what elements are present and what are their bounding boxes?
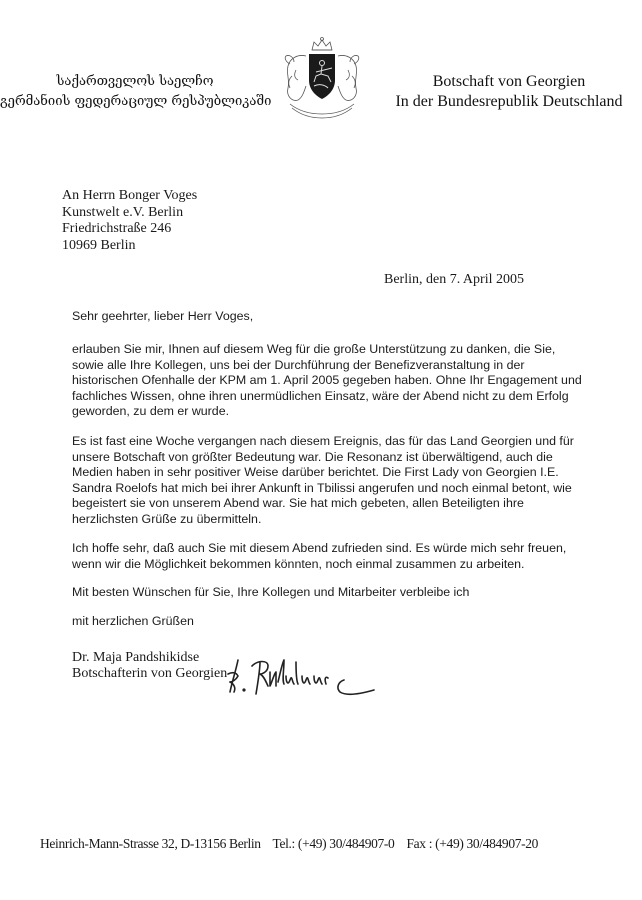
paragraph-line: geworden, zu dem er wurde. — [72, 404, 632, 420]
paragraph-line: unsere Botschaft von größter Bedeutung w… — [72, 450, 632, 466]
closing-text: mit herzlichen Grüßen — [72, 614, 632, 630]
paragraph-line: Ich hoffe sehr, daß auch Sie mit diesem … — [72, 541, 632, 557]
paragraph-3: Ich hoffe sehr, daß auch Sie mit diesem … — [72, 541, 632, 572]
coat-of-arms-icon — [276, 36, 368, 120]
paragraph-line: begeistert sie von unserem Abend war. Si… — [72, 496, 632, 512]
letterhead-german-line2: In der Bundesrepublik Deutschland — [384, 92, 634, 112]
letter-date: Berlin, den 7. April 2005 — [384, 272, 524, 288]
footer-contact: Heinrich-Mann-Strasse 32, D-13156 Berlin… — [40, 836, 547, 852]
paragraph-line: wenn wir die Möglichkeit bekommen könnte… — [72, 557, 632, 573]
footer-fax: Fax : (+49) 30/484907-20 — [407, 836, 539, 851]
salutation: Sehr geehrter, lieber Herr Voges, — [72, 309, 632, 325]
paragraph-line: Mit besten Wünschen für Sie, Ihre Kolleg… — [72, 585, 632, 601]
paragraph-4: Mit besten Wünschen für Sie, Ihre Kolleg… — [72, 585, 632, 601]
letterhead-german: Botschaft von Georgien In der Bundesrepu… — [384, 72, 634, 112]
recipient-line: Friedrichstraße 246 — [62, 221, 197, 238]
paragraph-line: Medien haben in sehr positiver Weise dar… — [72, 465, 632, 481]
recipient-line: 10969 Berlin — [62, 238, 197, 255]
letterhead-georgian-line2: გერმანიის ფედერაციულ რესპუბლიკაში — [0, 92, 262, 112]
footer-tel: Tel.: (+49) 30/484907-0 — [272, 836, 394, 851]
paragraph-2: Es ist fast eine Woche vergangen nach di… — [72, 434, 632, 528]
letterhead-german-line1: Botschaft von Georgien — [384, 72, 634, 92]
signature-icon — [222, 652, 382, 702]
paragraph-line: fachliches Wissen, ohne ihren unermüdlic… — [72, 389, 632, 405]
signer-title: Botschafterin von Georgien — [72, 666, 227, 682]
recipient-line: Kunstwelt e.V. Berlin — [62, 205, 197, 222]
letterhead-georgian: საქართველოს საელჩო გერმანიის ფედერაციულ … — [0, 72, 262, 112]
paragraph-1: erlauben Sie mir, Ihnen auf diesem Weg f… — [72, 342, 632, 420]
recipient-address: An Herrn Bonger Voges Kunstwelt e.V. Ber… — [62, 188, 197, 254]
salutation-text: Sehr geehrter, lieber Herr Voges, — [72, 309, 632, 325]
paragraph-line: Es ist fast eine Woche vergangen nach di… — [72, 434, 632, 450]
paragraph-line: erlauben Sie mir, Ihnen auf diesem Weg f… — [72, 342, 632, 358]
paragraph-line: herzlichsten Grüße zu übermitteln. — [72, 512, 632, 528]
paragraph-line: Sandra Roelofs hat mich bei ihrer Ankunf… — [72, 481, 632, 497]
letterhead-georgian-line1: საქართველოს საელჩო — [0, 72, 230, 92]
paragraph-line: sowie alle Ihre Kollegen, uns bei der Du… — [72, 358, 632, 374]
footer-address: Heinrich-Mann-Strasse 32, D-13156 Berlin — [40, 836, 261, 851]
signer-block: Dr. Maja Pandshikidse Botschafterin von … — [72, 650, 227, 682]
recipient-line: An Herrn Bonger Voges — [62, 188, 197, 205]
closing: mit herzlichen Grüßen — [72, 614, 632, 630]
signer-name: Dr. Maja Pandshikidse — [72, 650, 227, 666]
paragraph-line: historischen Ofenhalle der KPM am 1. Apr… — [72, 373, 632, 389]
